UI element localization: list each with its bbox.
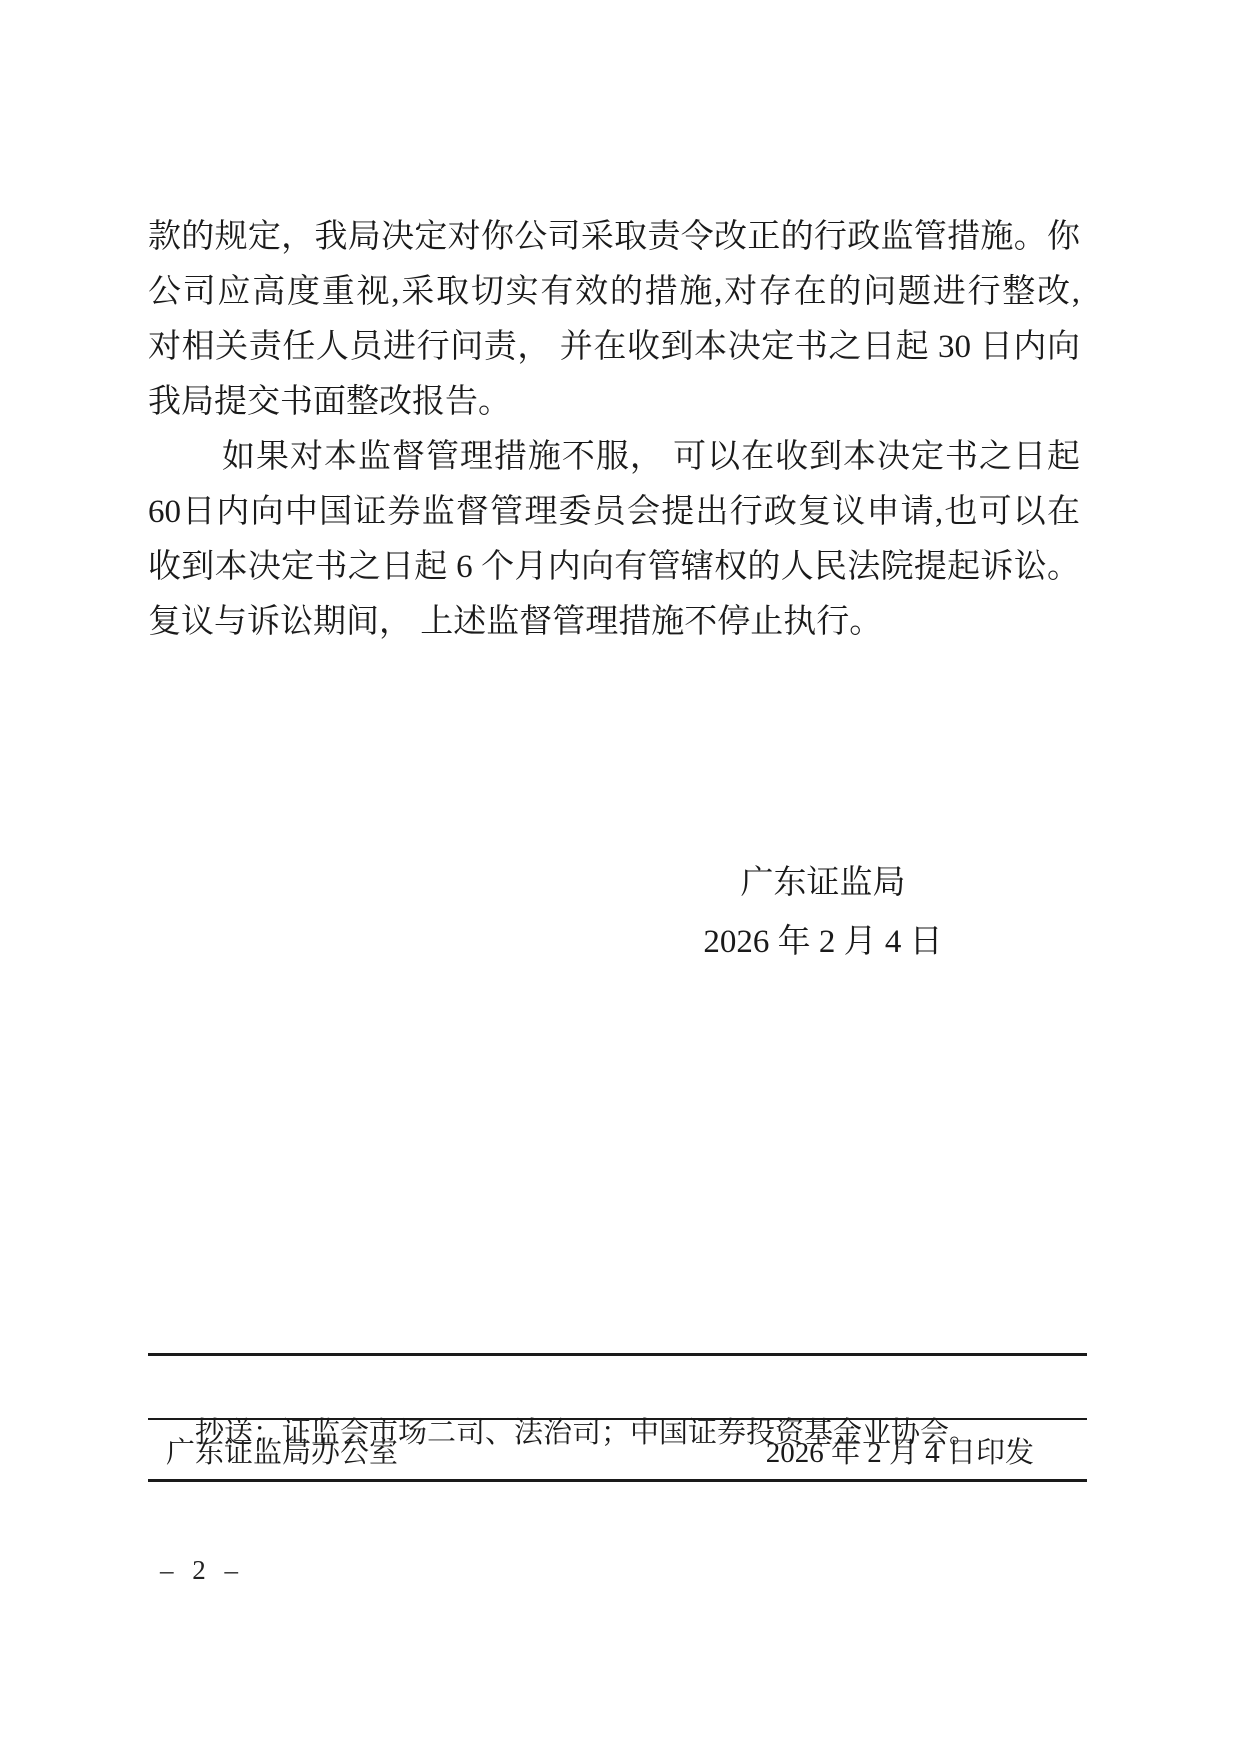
issuing-office: 广东证监局办公室 [166,1430,398,1476]
body-line: 公司应高度重视,采取切实有效的措施,对存在的问题进行整改, [148,265,1080,320]
body-line: 我局提交书面整改报告。 [148,375,1080,430]
body-line: 对相关责任人员进行问责， 并在收到本决定书之日起 30 日内向 [148,320,1080,375]
footer-top-rule [148,1353,1087,1356]
signature-date: 2026 年 2 月 4 日 [648,915,998,970]
document-page: 款的规定，我局决定对你公司采取责令改正的行政监管措施。你公司应高度重视,采取切实… [0,0,1241,1754]
footer-bottom-rule [148,1479,1087,1482]
body-line: 如果对本监督管理措施不服， 可以在收到本决定书之日起 [148,430,1080,485]
body-line: 收到本决定书之日起 6 个月内向有管辖权的人民法院提起诉讼。 [148,540,1080,595]
print-date: 2026 年 2 月 4 日印发 [766,1430,1034,1476]
issuing-office-line: 广东证监局办公室 2026 年 2 月 4 日印发 [166,1430,1034,1476]
body-line: 款的规定，我局决定对你公司采取责令改正的行政监管措施。你 [148,210,1080,265]
footer-middle-rule [148,1418,1087,1420]
body-text: 款的规定，我局决定对你公司采取责令改正的行政监管措施。你公司应高度重视,采取切实… [148,210,1080,650]
body-line: 复议与诉讼期间， 上述监督管理措施不停止执行。 [148,595,1080,650]
page-number: – 2 – [160,1548,244,1592]
signature-agency: 广东证监局 [648,856,998,911]
body-line: 60日内向中国证券监督管理委员会提出行政复议申请,也可以在 [148,485,1080,540]
